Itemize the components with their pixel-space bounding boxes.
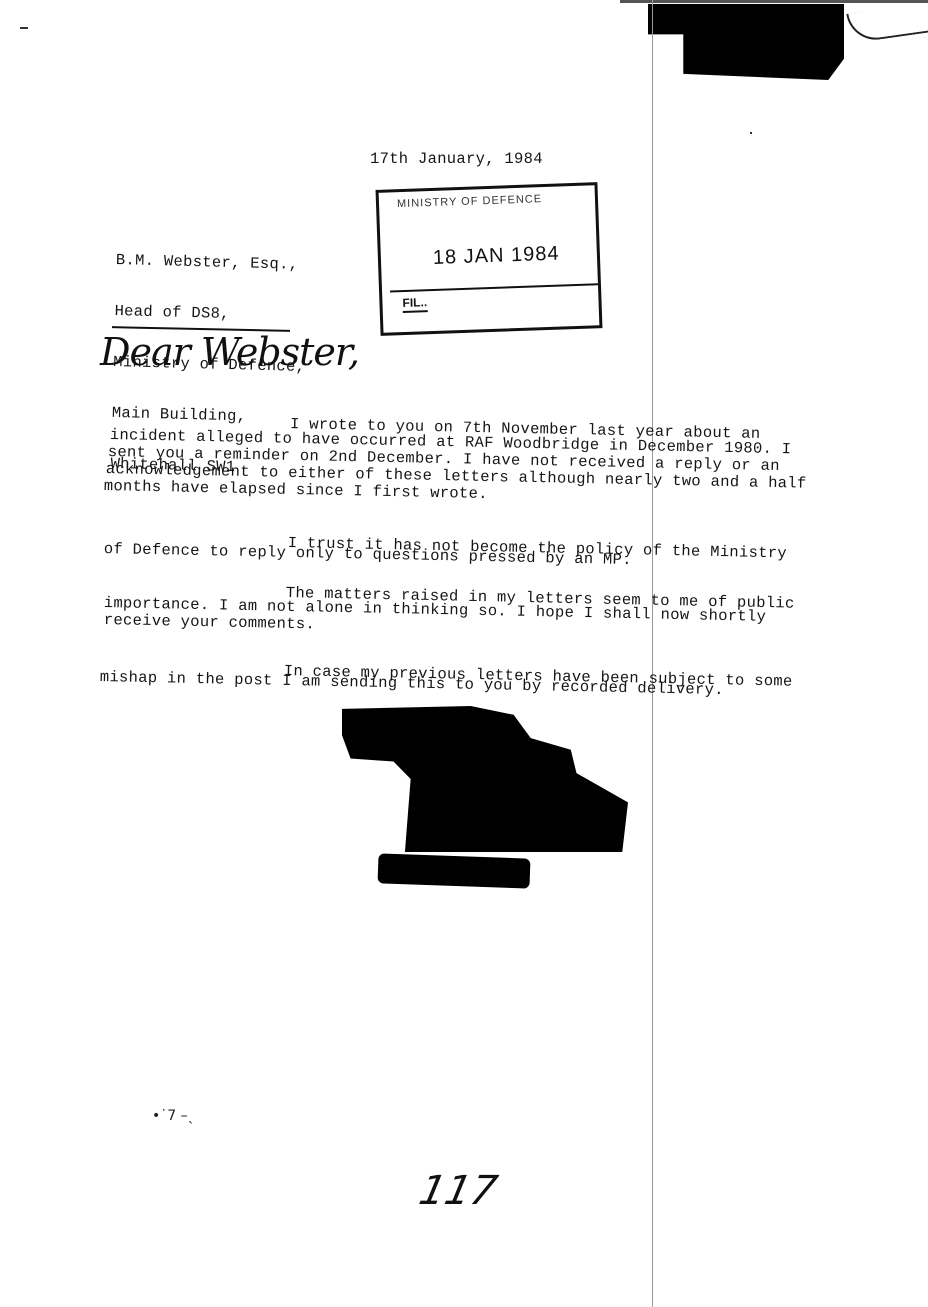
scan-edge-artifact [620,0,928,3]
redaction-top-right [648,4,844,80]
fold-line [652,0,653,1307]
stamp-header: MINISTRY OF DEFENCE [397,193,542,210]
scan-curve-artifact [846,2,928,43]
stamp-rule [390,283,598,292]
handwritten-mark: •˙7 –ˎ [152,1108,195,1124]
redacted-signatory-name [378,853,531,888]
stamp-date: 18 JAN 1984 [433,243,560,270]
addressee-line: Head of DS8, [114,303,306,325]
addressee-line: B.M. Webster, Esq., [116,252,308,274]
stamp-file-label: FIL.. [402,295,427,313]
body-paragraph: In case my previous letters have been su… [0,0,38,72]
paragraph-line: receive your comments. [104,611,316,633]
received-stamp: MINISTRY OF DEFENCE 18 JAN 1984 FIL.. [376,182,603,336]
letter-date: 17th January, 1984 [370,150,543,168]
handwritten-salutation: Dear Webster, [100,330,359,374]
scan-speck [750,132,752,134]
redacted-signature [342,706,628,852]
folio-number: 117 [415,1168,501,1214]
addressee-line: Main Building, [112,405,304,427]
